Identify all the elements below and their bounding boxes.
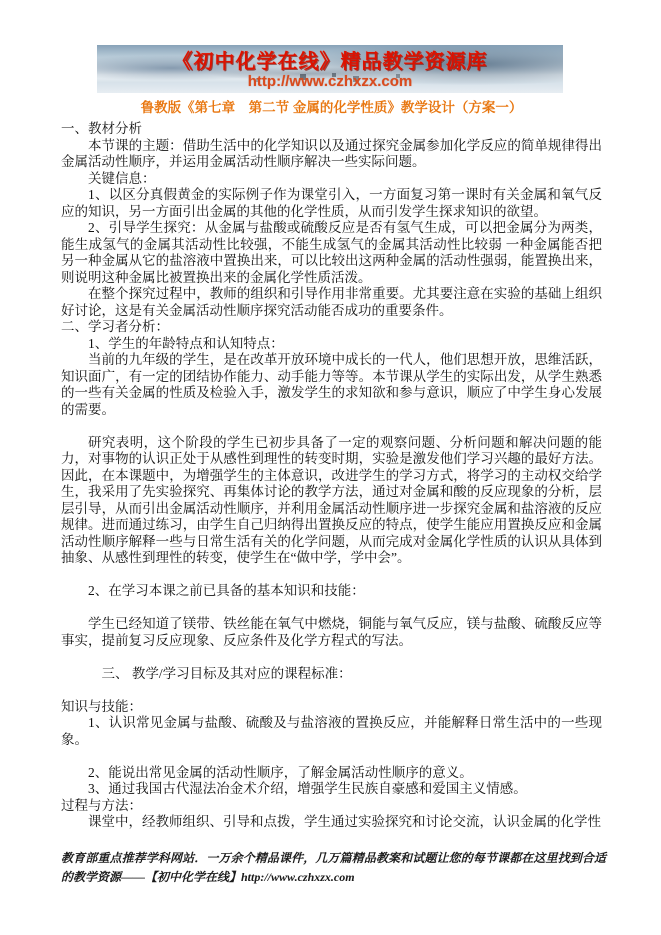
paragraph: 3、通过我国古代湿法冶金术介绍，增强学生民族自豪感和爱国主义情感。 — [61, 781, 602, 798]
section-heading-learner-analysis: 二、学习者分析： — [61, 319, 602, 336]
document-body: 鲁教版《第七章 第二节 金属的化学性质》教学设计（方案一） 一、教材分析 本节课… — [61, 99, 602, 831]
paragraph: 研究表明，这个阶段的学生已初步具备了一定的观察问题、分析问题和解决问题的能力，对… — [61, 435, 602, 567]
footer-note: 教育部重点推荐学科网站．一万余个精品课件，几万篇精品教案和试题让您的每节课都在这… — [61, 849, 606, 886]
site-banner: 《初中化学在线》精品教学资源库 http://www.czhxzx.com — [97, 45, 563, 93]
blank-line — [61, 600, 602, 617]
banner-site-url: http://www.czhxzx.com — [248, 73, 412, 90]
document-title: 鲁教版《第七章 第二节 金属的化学性质》教学设计（方案一） — [61, 99, 602, 117]
section-heading-textbook-analysis: 一、教材分析 — [61, 121, 602, 138]
document-page: 《初中化学在线》精品教学资源库 http://www.czhxzx.com 鲁教… — [0, 0, 661, 935]
paragraph: 1、以区分真假黄金的实际例子作为课堂引入，一方面复习第一课时有关金属和氧气反应的… — [61, 187, 602, 220]
paragraph: 关键信息： — [61, 171, 602, 188]
blank-line — [61, 418, 602, 435]
banner-photo-decoration — [97, 45, 99, 47]
section-heading-process-methods: 过程与方法： — [61, 798, 602, 815]
paragraph: 2、在学习本课之前已具备的基本知识和技能： — [61, 583, 602, 600]
blank-line — [61, 567, 602, 584]
banner-site-name: 《初中化学在线》精品教学资源库 — [173, 51, 488, 73]
blank-line — [61, 649, 602, 666]
section-heading-teaching-goals: 三、 教学/学习目标及其对应的课程标准： — [61, 666, 602, 683]
paragraph: 学生已经知道了镁带、铁丝能在氧气中燃烧，铜能与氧气反应，镁与盐酸、硫酸反应等事实… — [61, 616, 602, 649]
paragraph: 2、能说出常见金属的活动性顺序，了解金属活动性顺序的意义。 — [61, 765, 602, 782]
paragraph: 2、引导学生探究：从金属与盐酸或硫酸反应是否有氢气生成，可以把金属分为两类，能生… — [61, 220, 602, 286]
paragraph: 当前的九年级的学生，是在改革开放环境中成长的一代人，他们思想开放，思维活跃，知识… — [61, 352, 602, 418]
blank-line — [61, 748, 602, 765]
paragraph: 课堂中，经教师组织、引导和点拨，学生通过实验探究和讨论交流，认识金属的化学性 — [61, 814, 602, 831]
paragraph: 1、认识常见金属与盐酸、硫酸及与盐溶液的置换反应，并能解释日常生活中的一些现象。 — [61, 715, 602, 748]
section-heading-knowledge-skills: 知识与技能： — [61, 699, 602, 716]
paragraph: 在整个探究过程中，教师的组织和引导作用非常重要。尤其要注意在实验的基础上组织好讨… — [61, 286, 602, 319]
blank-line — [61, 682, 602, 699]
paragraph: 本节课的主题：借助生活中的化学知识以及通过探究金属参加化学反应的简单规律得出金属… — [61, 138, 602, 171]
paragraph: 1、学生的年龄特点和认知特点： — [61, 336, 602, 353]
